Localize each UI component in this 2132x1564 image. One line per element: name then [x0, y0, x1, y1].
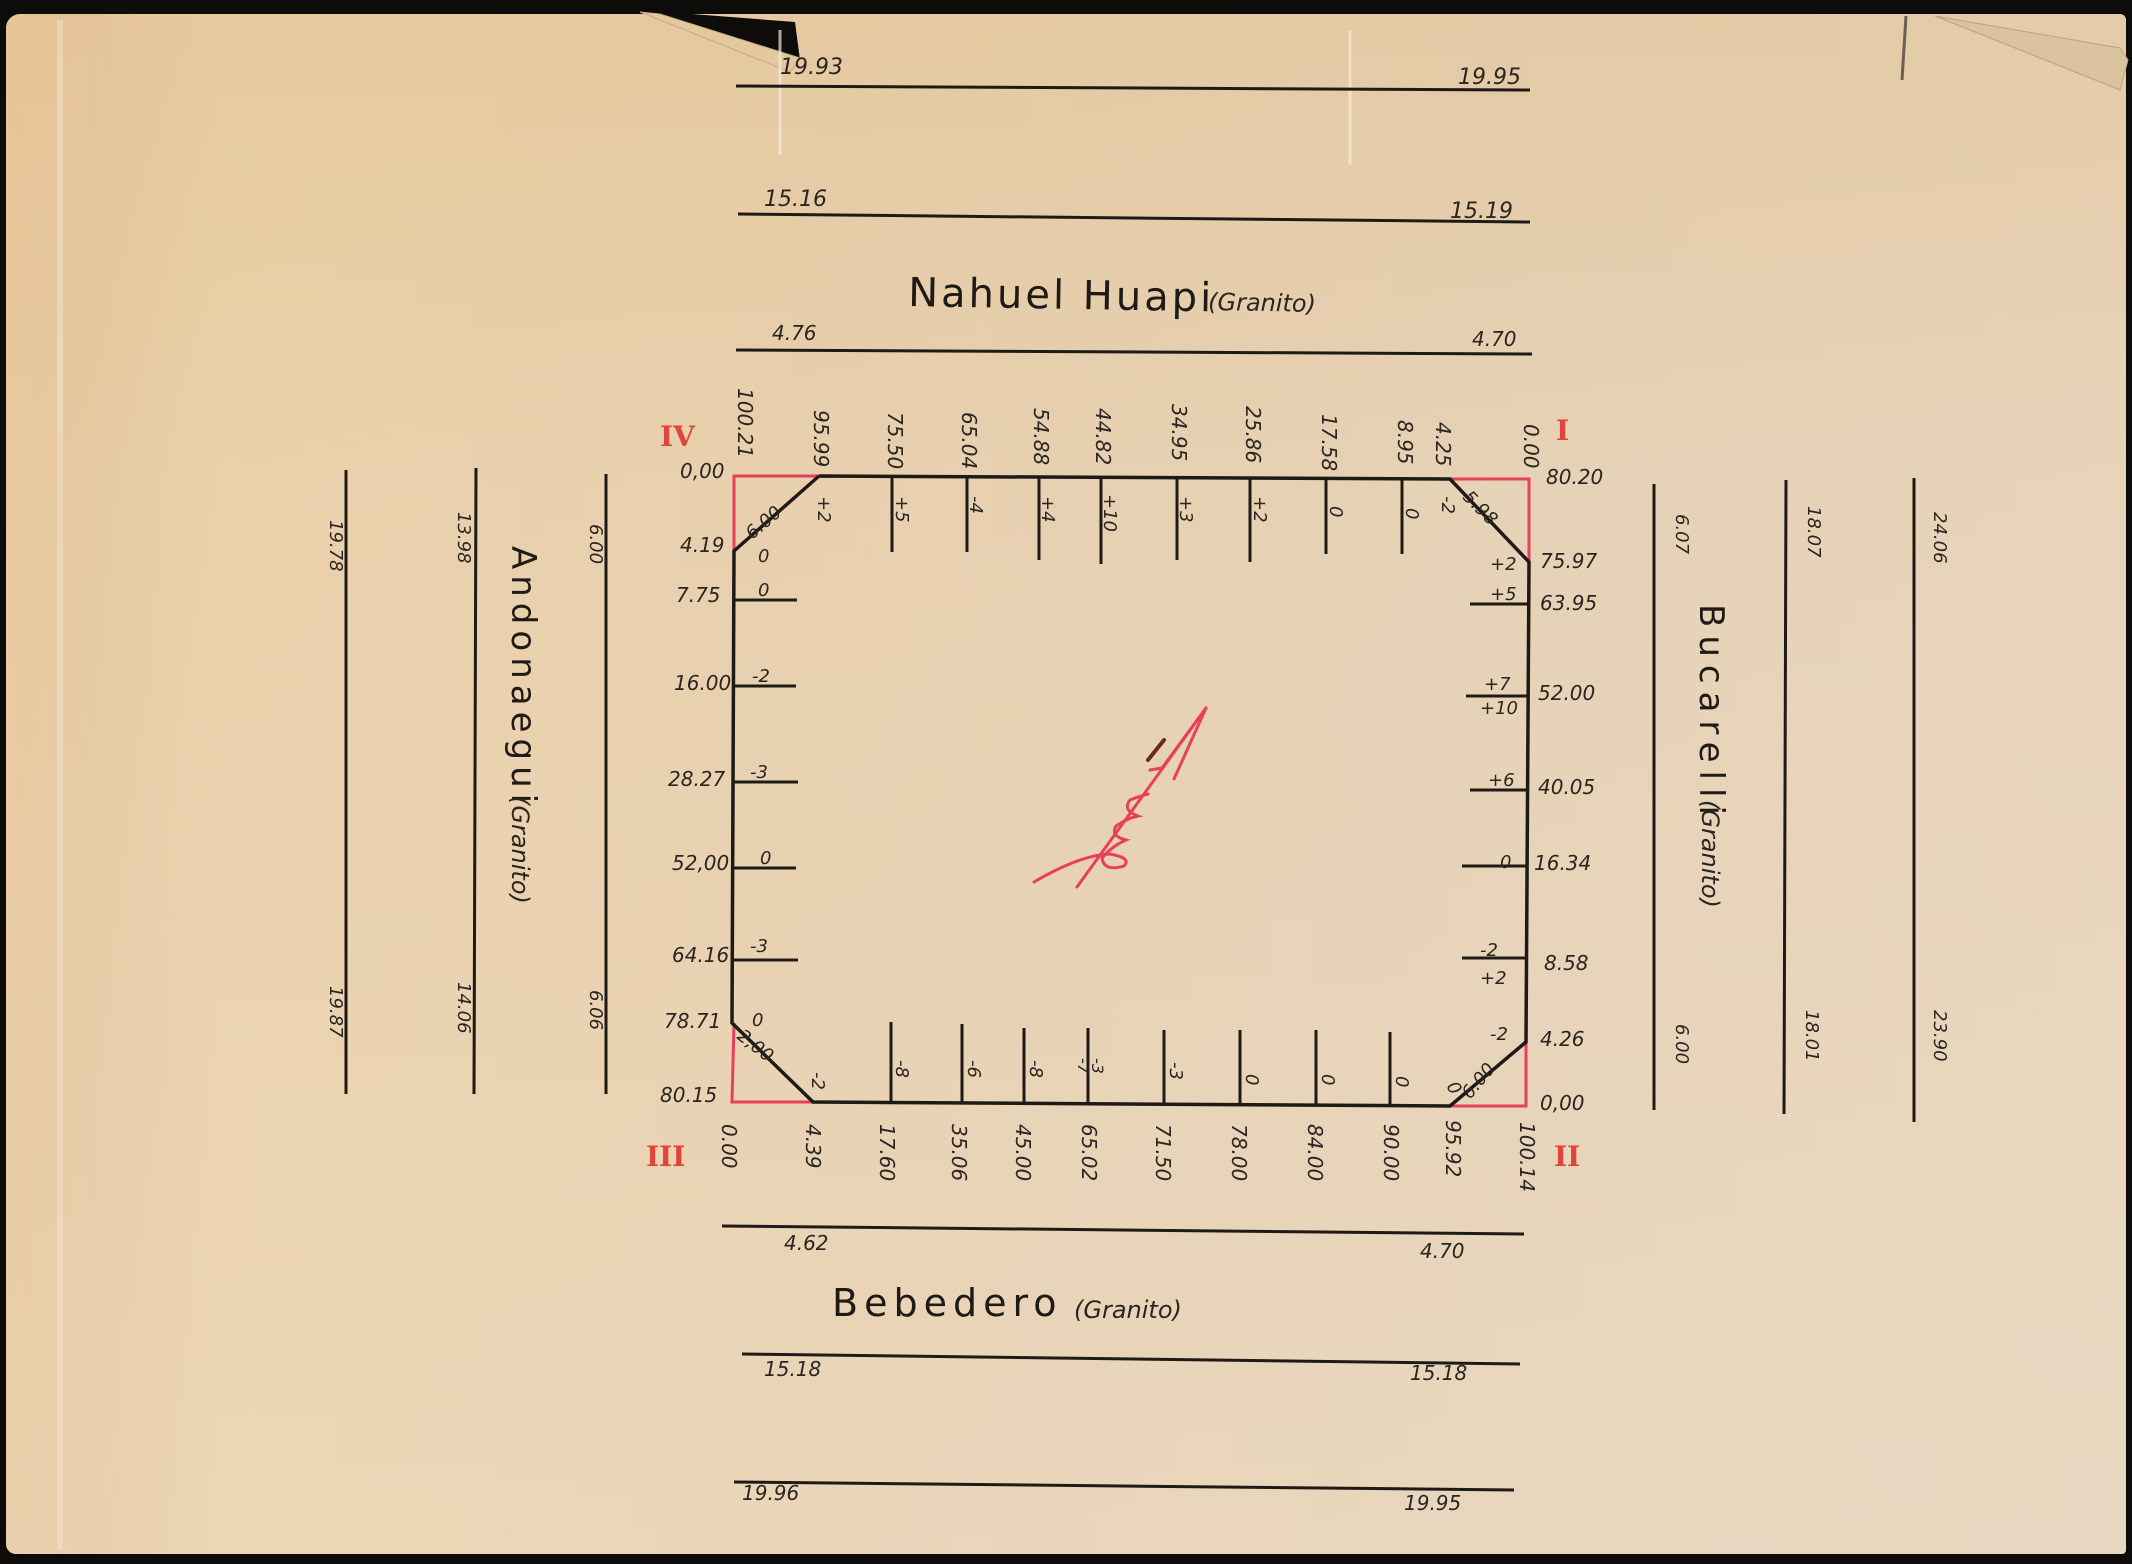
east-offset-5: 0 [1500, 852, 1511, 873]
north-dist-0: 100.21 [733, 388, 757, 458]
corner-label-i: I [1556, 414, 1569, 447]
east-dist-3: 52.00 [1538, 681, 1595, 705]
north-line2-right: 15.19 [1450, 199, 1513, 224]
corner-label-iv: IV [660, 420, 696, 453]
north-dist-6: 34.95 [1167, 404, 1191, 461]
east-line1-bottom: 6.00 [1671, 1024, 1692, 1064]
north-offset-9: -2 [1437, 496, 1458, 514]
west-dist-4: 28.27 [668, 767, 726, 791]
west-dist-1: 4.19 [680, 533, 725, 557]
south-offset-1: -8 [891, 1060, 912, 1078]
street-name-north: Nahuel Huapi [908, 270, 1215, 321]
east-line3-top: 24.06 [1929, 512, 1950, 564]
north-offset-7: 0 [1325, 506, 1346, 517]
east-dist-2: 63.95 [1540, 591, 1597, 615]
north-offset-5: +3 [1175, 496, 1196, 523]
north-line1-right: 19.95 [1458, 65, 1521, 90]
south-line2-left: 15.18 [764, 1357, 821, 1381]
south-offset-11: -2 [1490, 1024, 1508, 1045]
south-dist-5: 65.02 [1077, 1124, 1101, 1181]
east-side-measurements: 80.20 75.97 63.95 52.00 40.05 16.34 8.58… [1462, 465, 1603, 1115]
south-line1-right: 4.70 [1420, 1239, 1465, 1263]
west-offset-3: -3 [750, 762, 768, 783]
north-offset-2: -4 [965, 496, 986, 514]
south-line3-right: 19.95 [1404, 1491, 1461, 1515]
east-line3-bottom: 23.90 [1929, 1010, 1950, 1062]
north-dist-2: 75.50 [883, 412, 907, 469]
corner-label-iii: III [646, 1140, 685, 1173]
east-offset-0: +2 [1490, 554, 1517, 575]
east-offset-1: +5 [1490, 584, 1517, 605]
south-dist-2: 17.60 [875, 1124, 899, 1181]
west-dist-0: 0,00 [680, 459, 725, 483]
south-dist-1: 4.39 [801, 1124, 825, 1169]
west-line1-top: 19.78 [325, 520, 346, 572]
north-offset-3: +4 [1037, 496, 1058, 523]
west-offset-5: -3 [750, 936, 768, 957]
street-name-west: Andonaegui [503, 546, 543, 809]
west-dist-6: 64.16 [672, 943, 729, 967]
north-dist-5: 44.82 [1091, 408, 1115, 465]
paper-tear [1902, 16, 1906, 80]
south-line3-left: 19.96 [742, 1481, 799, 1505]
south-dist-7: 78.00 [1227, 1124, 1251, 1181]
west-offset-0: 0 [758, 546, 769, 567]
east-dist-1: 75.97 [1540, 549, 1598, 573]
north-line3-right: 4.70 [1472, 327, 1517, 351]
north-offset-0: +2 [813, 496, 834, 523]
street-material-east: (Granito) [1696, 800, 1724, 908]
north-line2-left: 15.16 [764, 187, 827, 212]
chamfer-se: 6.00 [1458, 1059, 1500, 1103]
east-line1-top: 6.07 [1671, 514, 1692, 555]
south-dist-3: 35.06 [947, 1124, 971, 1181]
north-dist-7: 25.86 [1241, 406, 1265, 463]
south-dist-4: 45.00 [1011, 1124, 1035, 1181]
east-offset-4: +6 [1488, 770, 1515, 791]
south-dist-6: 71.50 [1151, 1124, 1175, 1181]
north-dist-9: 8.95 [1393, 420, 1417, 465]
south-offset-3: -8 [1025, 1060, 1046, 1078]
block-outline [732, 476, 1529, 1106]
west-line2-bottom: 14.06 [453, 982, 474, 1034]
street-north: 19.93 19.95 15.16 15.19 4.76 4.70 Nahuel… [736, 55, 1532, 354]
south-dist-10: 95.92 [1441, 1120, 1465, 1177]
east-line2-bottom: 18.01 [1801, 1010, 1822, 1062]
west-dist-2: 7.75 [676, 583, 721, 607]
street-name-east: Bucarelli [1691, 604, 1731, 823]
south-offset-7: 0 [1241, 1074, 1262, 1085]
south-line2-right: 15.18 [1410, 1361, 1467, 1385]
scanned-document: 19.93 19.95 15.16 15.19 4.76 4.70 Nahuel… [0, 0, 2132, 1564]
west-dist-7: 78.71 [664, 1009, 721, 1033]
east-dist-4: 40.05 [1538, 775, 1595, 799]
south-dist-0: 0.00 [717, 1124, 741, 1169]
north-offset-8: 0 [1401, 508, 1422, 519]
north-dist-3: 65.04 [957, 412, 981, 469]
south-line1-left: 4.62 [784, 1231, 829, 1255]
west-offset-2: -2 [752, 666, 770, 687]
west-dist-5: 52,00 [672, 851, 729, 875]
north-offset-1: +5 [891, 496, 912, 523]
north-dist-8: 17.58 [1317, 414, 1341, 471]
south-dist-11: 100.14 [1515, 1122, 1539, 1192]
south-offset-2: -6 [963, 1060, 984, 1078]
street-material-west: (Granito) [506, 796, 534, 904]
west-line1-bottom: 19.87 [325, 986, 346, 1038]
block-plan-drawing: 19.93 19.95 15.16 15.19 4.76 4.70 Nahuel… [0, 0, 2132, 1564]
north-offset-4: +10 [1099, 494, 1120, 532]
east-dist-0: 80.20 [1546, 465, 1603, 489]
east-offset-3: +10 [1480, 698, 1518, 719]
street-name-south: Bebedero [832, 1281, 1063, 1325]
south-offset-5: -3 [1088, 1058, 1107, 1074]
east-dist-5: 16.34 [1534, 851, 1591, 875]
south-offset-0: -2 [807, 1072, 828, 1090]
east-offset-6: -2 [1480, 940, 1498, 961]
west-line2-top: 13.98 [453, 512, 474, 564]
east-offset-7: +2 [1480, 968, 1507, 989]
west-dist-3: 16.00 [674, 671, 731, 695]
south-offset-6: -3 [1165, 1062, 1186, 1080]
north-dist-11: 0.00 [1519, 424, 1543, 469]
south-dist-9: 90.00 [1379, 1124, 1403, 1181]
north-dist-10: 4.25 [1431, 422, 1455, 467]
corner-label-ii: II [1554, 1140, 1580, 1173]
north-arrow-icon [1034, 708, 1206, 887]
north-line3-left: 4.76 [772, 321, 817, 345]
south-offset-8: 0 [1317, 1074, 1338, 1085]
north-dist-4: 54.88 [1029, 408, 1053, 465]
east-line2-top: 18.07 [1803, 506, 1824, 558]
street-material-south: (Granito) [1074, 1296, 1182, 1324]
east-dist-8: 0,00 [1540, 1091, 1585, 1115]
east-dist-7: 4.26 [1540, 1027, 1585, 1051]
east-offset-2: +7 [1484, 674, 1511, 695]
west-side-measurements: 0,00 4.19 7.75 16.00 28.27 52,00 64.16 7… [660, 459, 798, 1107]
west-offset-1: 0 [758, 580, 769, 601]
east-dist-6: 8.58 [1544, 951, 1589, 975]
street-south: 4.62 4.70 15.18 15.18 19.96 19.95 Bebede… [722, 1226, 1524, 1515]
west-dist-8: 80.15 [660, 1083, 717, 1107]
west-offset-4: 0 [760, 848, 771, 869]
street-east: 6.07 6.00 18.07 18.01 24.06 23.90 Bucare… [1654, 478, 1950, 1122]
street-material-north: (Granito) [1208, 288, 1316, 318]
south-offset-9: 0 [1391, 1076, 1412, 1087]
south-dist-8: 84.00 [1303, 1124, 1327, 1181]
street-west: 19.78 19.87 13.98 14.06 6.00 6.06 Andona… [325, 468, 606, 1094]
west-offset-6: 0 [752, 1010, 763, 1031]
west-line3-top: 6.00 [585, 524, 606, 564]
west-line3-bottom: 6.06 [585, 990, 606, 1030]
north-dist-1: 95.99 [809, 410, 833, 467]
north-offset-6: +2 [1249, 496, 1270, 523]
north-line1-left: 19.93 [780, 55, 843, 80]
